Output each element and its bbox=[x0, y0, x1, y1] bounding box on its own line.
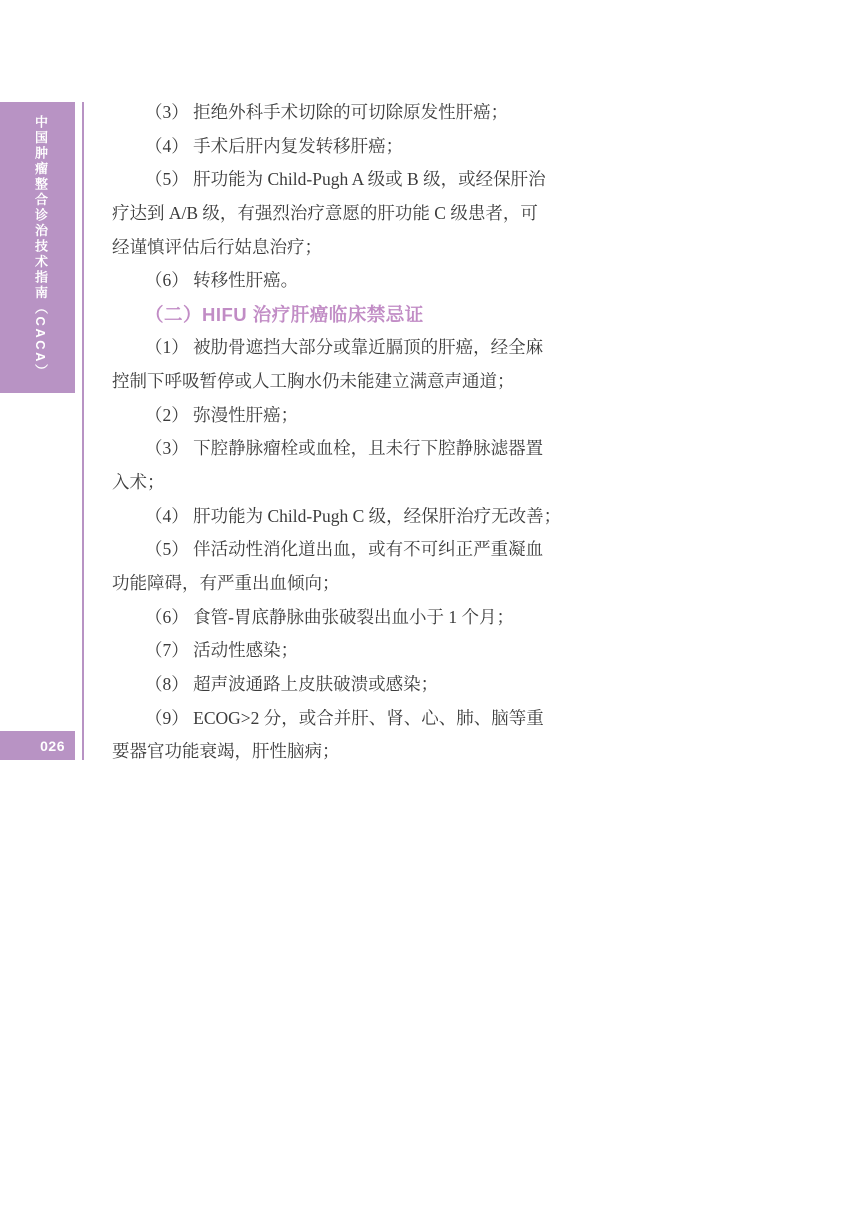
page-number-badge: 026 bbox=[0, 731, 75, 760]
body-text-block: （3） 拒绝外科手术切除的可切除原发性肝癌； （4） 手术后肝内复发转移肝癌； … bbox=[112, 96, 513, 769]
page-number: 026 bbox=[40, 738, 65, 754]
list-item: （5） 伴活动性消化道出血，或有不可纠正严重凝血 bbox=[112, 533, 513, 567]
text-line: 入术； bbox=[112, 466, 513, 500]
text-line: 疗达到 A/B 级，有强烈治疗意愿的肝功能 C 级患者，可 bbox=[112, 197, 513, 231]
book-title-vertical-text: 中国肿瘤整合诊治技术指南（CACA） bbox=[31, 102, 50, 380]
list-item: （8） 超声波通路上皮肤破溃或感染； bbox=[112, 668, 513, 702]
book-title-sidebar: 中国肿瘤整合诊治技术指南（CACA） bbox=[0, 102, 75, 393]
list-item: （6） 转移性肝癌。 bbox=[112, 264, 513, 298]
list-item: （7） 活动性感染； bbox=[112, 634, 513, 668]
list-item: （1） 被肋骨遮挡大部分或靠近膈顶的肝癌，经全麻 bbox=[112, 331, 513, 365]
text-line: 经谨慎评估后行姑息治疗； bbox=[112, 231, 513, 265]
list-item: （3） 拒绝外科手术切除的可切除原发性肝癌； bbox=[112, 96, 513, 130]
sidebar-divider-line bbox=[82, 102, 84, 760]
list-item: （4） 肝功能为 Child-Pugh C 级，经保肝治疗无改善； bbox=[112, 500, 513, 534]
list-item: （6） 食管-胃底静脉曲张破裂出血小于 1 个月； bbox=[112, 601, 513, 635]
list-item: （4） 手术后肝内复发转移肝癌； bbox=[112, 130, 513, 164]
text-line: 控制下呼吸暂停或人工胸水仍未能建立满意声通道； bbox=[112, 365, 513, 399]
list-item: （3） 下腔静脉瘤栓或血栓，且未行下腔静脉滤器置 bbox=[112, 432, 513, 466]
list-item: （2） 弥漫性肝癌； bbox=[112, 399, 513, 433]
list-item: （5） 肝功能为 Child-Pugh A 级或 B 级，或经保肝治 bbox=[112, 163, 513, 197]
list-item: （9） ECOG>2 分，或合并肝、肾、心、肺、脑等重 bbox=[112, 702, 513, 736]
section-heading: （二）HIFU 治疗肝癌临床禁忌证 bbox=[112, 298, 513, 332]
text-line: 要器官功能衰竭，肝性脑病； bbox=[112, 735, 513, 769]
text-line: 功能障碍，有严重出血倾向； bbox=[112, 567, 513, 601]
